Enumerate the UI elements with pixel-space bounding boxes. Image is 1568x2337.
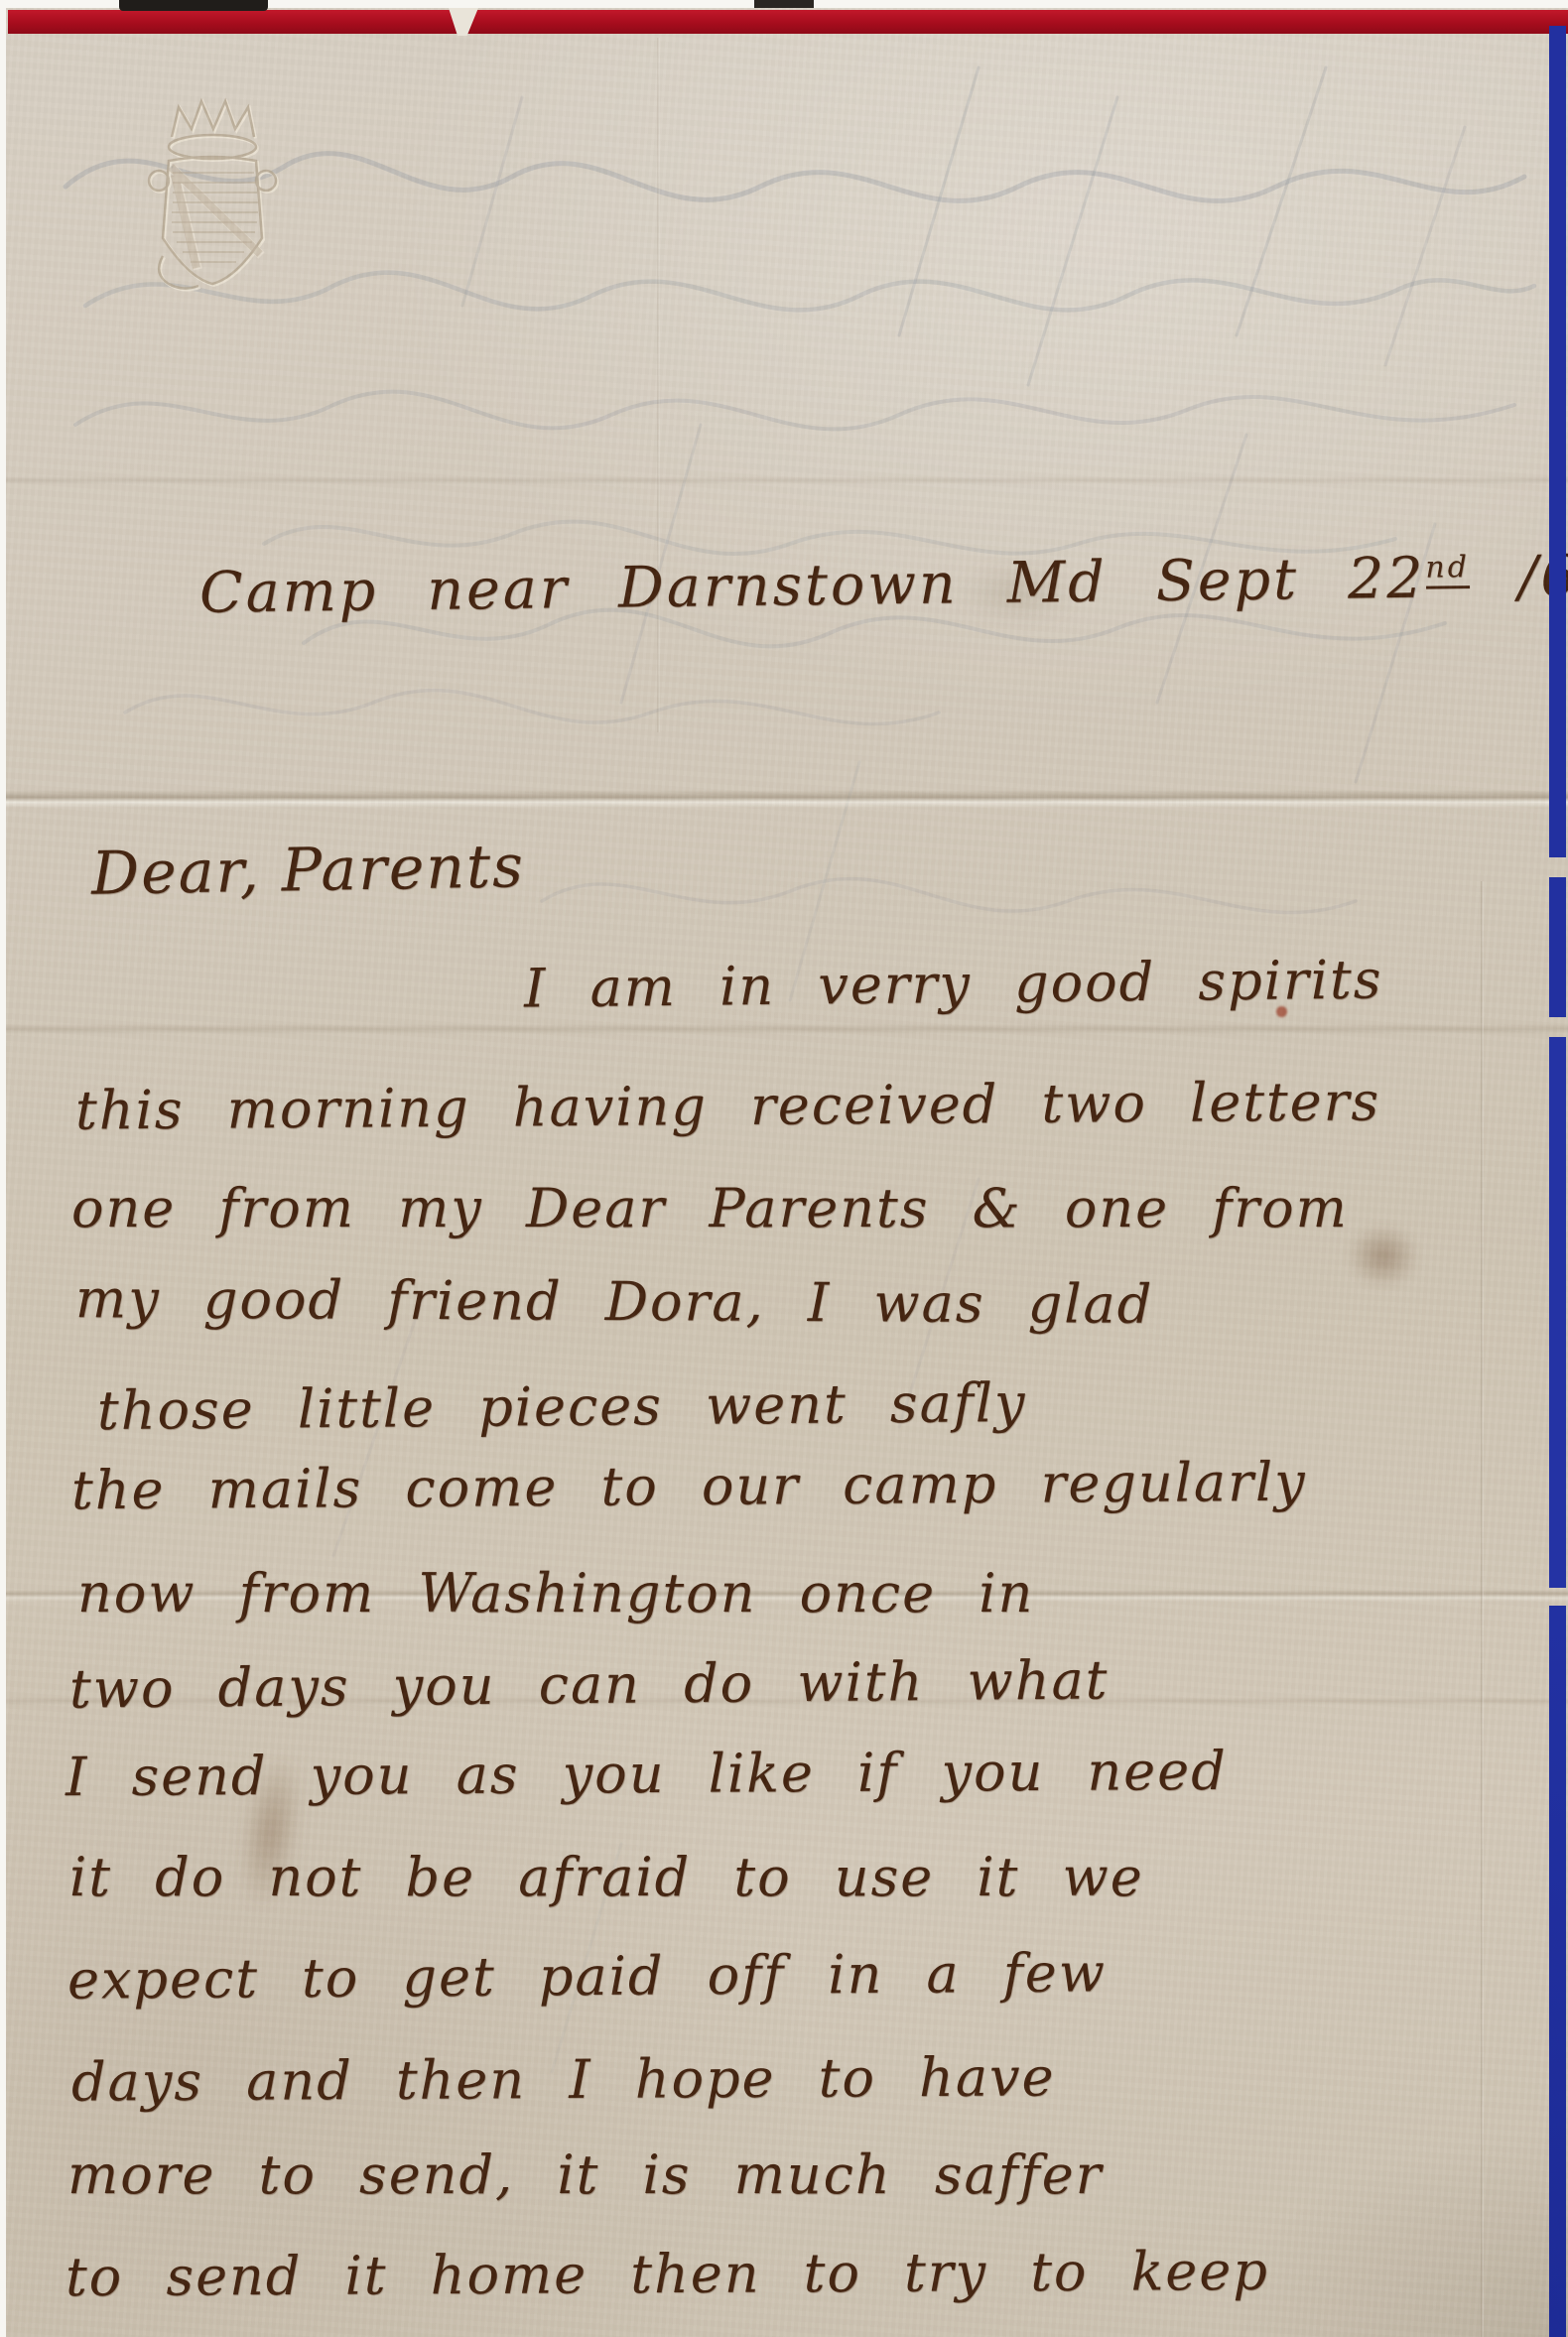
letter-line: one from my Dear Parents & one from [71,1177,1349,1239]
dateline-text: Camp near Darnstown Md Sept 22 [199,546,1426,626]
scan-backing-sliver [754,0,814,8]
embossed-crest [117,89,306,303]
letter-line: days and then I hope to have [71,2045,1056,2113]
letter-line: this morning having received two letters [75,1070,1381,1141]
dateline: Camp near Darnstown Md Sept 22nd /61 [199,543,1568,625]
paper-stain [1348,1225,1419,1288]
right-blue-stripe [1549,26,1566,2337]
letter-paper: Camp near Darnstown Md Sept 22nd /61 Dea… [6,8,1568,2337]
fold-crease [6,790,1568,808]
letter-line: the mails come to our camp regularly [71,1451,1307,1522]
letter-line: two days you can do with what [69,1648,1110,1720]
letter-line: those little pieces went safly [97,1371,1027,1442]
letter-line: I send you as you like if you need [65,1740,1228,1808]
letter-line: now from Washington once in [77,1562,1034,1624]
letter-line: to send it home then to try to keep [65,2240,1269,2308]
letter-line: more to send, it is much saffer [67,2143,1103,2206]
fold-crease [6,476,1568,484]
fold-crease [6,1024,1568,1034]
salutation: Dear, Parents [90,832,525,909]
letter-line: my good friend Dora, I was glad [75,1267,1154,1336]
scan-backing-sliver [119,0,268,11]
fold-crease-vertical [1481,881,1484,2337]
fold-crease-vertical [657,38,660,732]
top-red-band [8,10,1568,34]
dateline-ordinal: nd [1425,550,1470,589]
letter-line: expect to get paid off in a few [67,1941,1107,2011]
letter-line: it do not be afraid to use it we [69,1846,1144,1908]
letter-line: I am in verry good spirits [524,948,1383,1019]
